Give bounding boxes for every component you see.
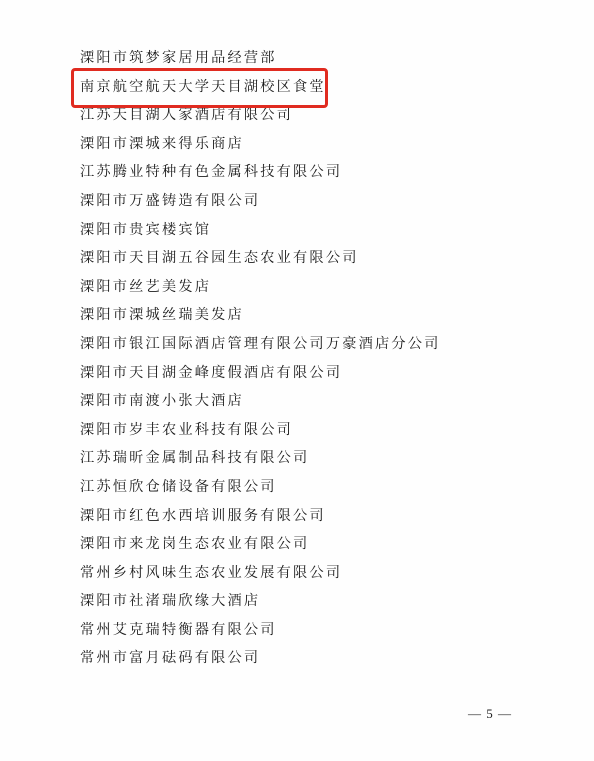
list-item: 江苏腾业特种有色金属科技有限公司	[80, 158, 441, 187]
list-item: 江苏天目湖人家酒店有限公司	[80, 101, 441, 130]
company-list: 溧阳市筑梦家居用品经营部 南京航空航天大学天目湖校区食堂 江苏天目湖人家酒店有限…	[80, 44, 441, 673]
list-item: 溧阳市来龙岗生态农业有限公司	[80, 530, 441, 559]
list-item: 溧阳市天目湖五谷园生态农业有限公司	[80, 244, 441, 273]
list-item: 溧阳市岁丰农业科技有限公司	[80, 416, 441, 445]
list-item: 溧阳市万盛铸造有限公司	[80, 187, 441, 216]
list-item: 江苏瑞昕金属制品科技有限公司	[80, 444, 441, 473]
list-item: 溧阳市溧城丝瑞美发店	[80, 301, 441, 330]
list-item: 江苏恒欣仓储设备有限公司	[80, 473, 441, 502]
list-item: 溧阳市筑梦家居用品经营部	[80, 44, 441, 73]
list-item: 常州艾克瑞特衡器有限公司	[80, 616, 441, 645]
list-item: 溧阳市红色水西培训服务有限公司	[80, 502, 441, 531]
list-item: 溧阳市社渚瑞欣缘大酒店	[80, 587, 441, 616]
list-item-highlighted: 南京航空航天大学天目湖校区食堂	[80, 73, 441, 102]
list-item: 溧阳市天目湖金峰度假酒店有限公司	[80, 359, 441, 388]
list-item: 溧阳市溧城来得乐商店	[80, 130, 441, 159]
list-item: 溧阳市南渡小张大酒店	[80, 387, 441, 416]
list-item: 溧阳市贵宾楼宾馆	[80, 216, 441, 245]
document-page: 溧阳市筑梦家居用品经营部 南京航空航天大学天目湖校区食堂 江苏天目湖人家酒店有限…	[0, 0, 594, 761]
list-item: 溧阳市银江国际酒店管理有限公司万豪酒店分公司	[80, 330, 441, 359]
list-item: 溧阳市丝艺美发店	[80, 273, 441, 302]
list-item: 常州乡村风味生态农业发展有限公司	[80, 559, 441, 588]
page-number: — 5 —	[468, 706, 512, 722]
list-item: 常州市富月砝码有限公司	[80, 644, 441, 673]
